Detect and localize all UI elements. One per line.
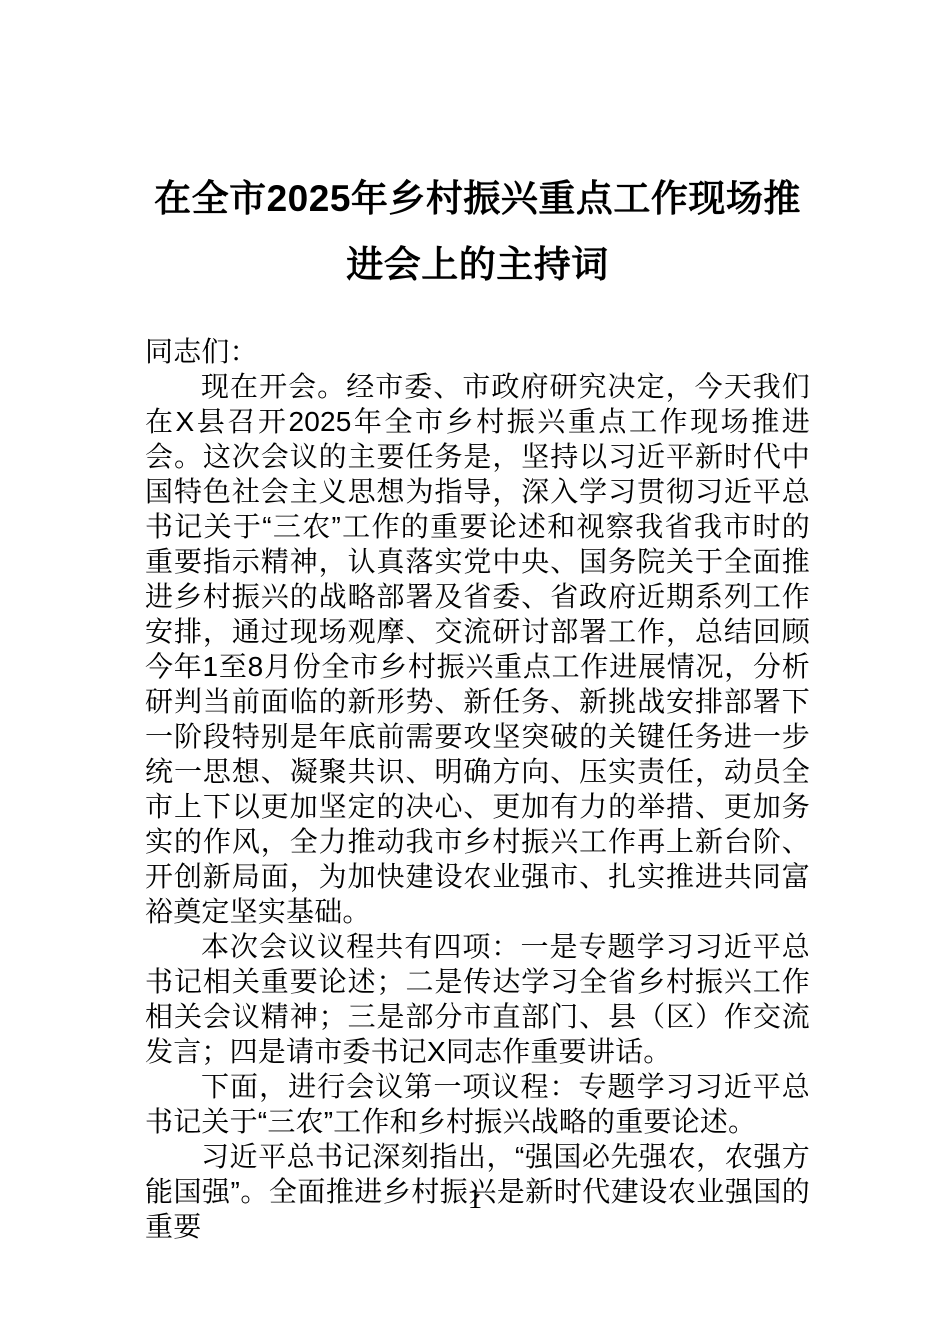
body-paragraph: 现在开会。经市委、市政府研究决定，今天我们在X县召开2025年全市乡村振兴重点工… — [145, 369, 810, 929]
document-body: 同志们： 现在开会。经市委、市政府研究决定，今天我们在X县召开2025年全市乡村… — [145, 334, 810, 1244]
document-content: 在全市2025年乡村振兴重点工作现场推进会上的主持词 同志们： 现在开会。经市委… — [145, 166, 810, 1244]
document-page: 在全市2025年乡村振兴重点工作现场推进会上的主持词 同志们： 现在开会。经市委… — [0, 0, 950, 1344]
page-footer: 1 — [0, 1182, 950, 1216]
salutation-paragraph: 同志们： — [145, 334, 810, 369]
agenda-paragraph: 本次会议议程共有四项：一是专题学习习近平总书记相关重要论述；二是传达学习全省乡村… — [145, 929, 810, 1069]
page-number: 1 — [468, 1183, 483, 1215]
document-title: 在全市2025年乡村振兴重点工作现场推进会上的主持词 — [145, 166, 810, 298]
first-agenda-item-paragraph: 下面，进行会议第一项议程：专题学习习近平总书记关于“三农”工作和乡村振兴战略的重… — [145, 1069, 810, 1139]
